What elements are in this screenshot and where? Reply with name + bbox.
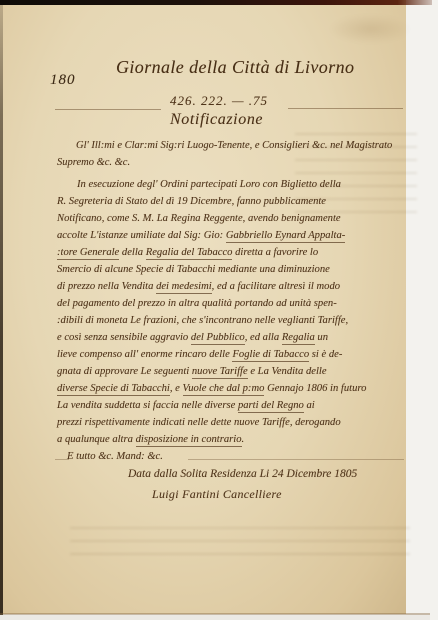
body-line-segment: Foglie di Tabacco (232, 349, 309, 362)
body-line-segment: parti del Regno (238, 400, 304, 413)
body-line-segment: Gennajo 1806 in futuro (264, 383, 366, 394)
body-line: prezzi rispettivamente indicati nelle de… (57, 414, 407, 431)
body-line: di prezzo nella Vendita dei medesimi, ed… (57, 278, 407, 295)
body-line-segment: si è de- (309, 349, 342, 360)
body-line-segment: diretta a favorire lo (232, 247, 318, 258)
closing-rule (188, 459, 404, 460)
body-text: In esecuzione degl' Ordini partecipati L… (57, 176, 407, 465)
body-line-segment: In esecuzione degl' Ordini partecipati L… (77, 179, 341, 190)
body-line: R. Segreteria di Stato del dì 19 Dicembr… (57, 193, 407, 210)
body-line-segment: della (119, 247, 145, 258)
body-line-segment: di prezzo nella Vendita (57, 281, 156, 292)
body-line-segment: La vendita suddetta si faccia nelle dive… (57, 400, 238, 411)
ruled-line-left (55, 109, 161, 110)
body-line: :dibili di moneta Le frazioni, che s'inc… (57, 312, 407, 329)
body-line-segment: E tutto &c. Mand: &c. (67, 451, 163, 462)
body-line-segment: un (315, 332, 328, 343)
body-line-segment: disposizione in contrario (136, 434, 242, 447)
left-page-edge (0, 5, 3, 620)
body-line-segment: Gabbriello Eynard Appalta- (226, 230, 345, 243)
body-line-segment: a qualunque altra (57, 434, 136, 445)
body-line-segment: nuove Tariffe (192, 366, 248, 379)
body-line: E tutto &c. Mand: &c. (57, 448, 407, 465)
body-line: lieve compenso all' enorme rincaro delle… (57, 346, 407, 363)
body-line-segment: :dibili di moneta Le frazioni, che s'inc… (57, 315, 348, 326)
body-line: :tore Generale della Regalia del Tabacco… (57, 244, 407, 261)
body-line-segment: , ed a facilitare altresì il modo (212, 281, 340, 292)
page-title: Giornale della Città di Livorno (116, 57, 354, 78)
body-line: accolte L'istanze umiliate dal Sig: Gio:… (57, 227, 407, 244)
reference-numbers: 426. 222. — .75 (170, 93, 268, 109)
body-line: gnata di approvare Le seguenti nuove Tar… (57, 363, 407, 380)
closing-dash (55, 459, 69, 460)
body-line-segment: Regalia del Tabacco (146, 247, 233, 260)
signature: Luigi Fantini Cancelliere (152, 487, 282, 502)
body-line-segment: Smercio di alcune Specie di Tabacchi med… (57, 264, 330, 275)
body-line-segment: Regalia (282, 332, 315, 345)
paper-stain (328, 14, 412, 44)
body-line-segment: prezzi rispettivamente indicati nelle de… (57, 417, 341, 428)
body-line-segment: R. Segreteria di Stato del dì 19 Dicembr… (57, 196, 326, 207)
body-line-segment: e così senza sensibile aggravio (57, 332, 191, 343)
dateline: Data dalla Solita Residenza Li 24 Dicemb… (128, 468, 357, 480)
salutation-line-1: Gl' Ill:mi e Clar:mi Sig:ri Luogo-Tenent… (76, 140, 392, 151)
body-line-segment: , ed alla (245, 332, 282, 343)
body-line-segment: lieve compenso all' enorme rincaro delle (57, 349, 232, 360)
body-line: In esecuzione degl' Ordini partecipati L… (57, 176, 407, 193)
body-line-segment: dei medesimi (156, 281, 212, 294)
bottom-page-edge (0, 613, 430, 620)
body-line-segment: Notificano, come S. M. La Regina Reggent… (57, 213, 341, 224)
top-shadow-bar (0, 0, 432, 5)
body-line: diverse Specie di Tabacchi, e Vuole che … (57, 380, 407, 397)
body-line: Notificano, come S. M. La Regina Reggent… (57, 210, 407, 227)
body-line: Smercio di alcune Specie di Tabacchi med… (57, 261, 407, 278)
body-line-segment: del Pubblico (191, 332, 245, 345)
body-line-segment: accolte L'istanze umiliate dal Sig: Gio: (57, 230, 226, 241)
body-line-segment: . (242, 434, 245, 445)
body-line-segment: , e (170, 383, 183, 394)
page-number: 180 (50, 72, 76, 89)
body-line: e così senza sensibile aggravio del Pubb… (57, 329, 407, 346)
body-line: del pagamento del prezzo in altra qualit… (57, 295, 407, 312)
body-line: a qualunque altra disposizione in contra… (57, 431, 407, 448)
book-page-edges (406, 0, 430, 620)
body-line-segment: del pagamento del prezzo in altra qualit… (57, 298, 337, 309)
manuscript-scan: 180 Giornale della Città di Livorno 426.… (0, 0, 438, 620)
body-line-segment: ai (304, 400, 315, 411)
body-line-segment: e La Vendita delle (248, 366, 327, 377)
body-line-segment: Vuole che dal p:mo (183, 383, 265, 396)
ruled-line-right (288, 108, 403, 109)
body-line: La vendita suddetta si faccia nelle dive… (57, 397, 407, 414)
body-line-segment: :tore Generale (57, 247, 119, 260)
body-line-segment: diverse Specie di Tabacchi (57, 383, 170, 396)
section-heading: Notificazione (170, 111, 263, 129)
body-line-segment: gnata di approvare Le seguenti (57, 366, 192, 377)
salutation-line-2: Supremo &c. &c. (57, 157, 130, 168)
